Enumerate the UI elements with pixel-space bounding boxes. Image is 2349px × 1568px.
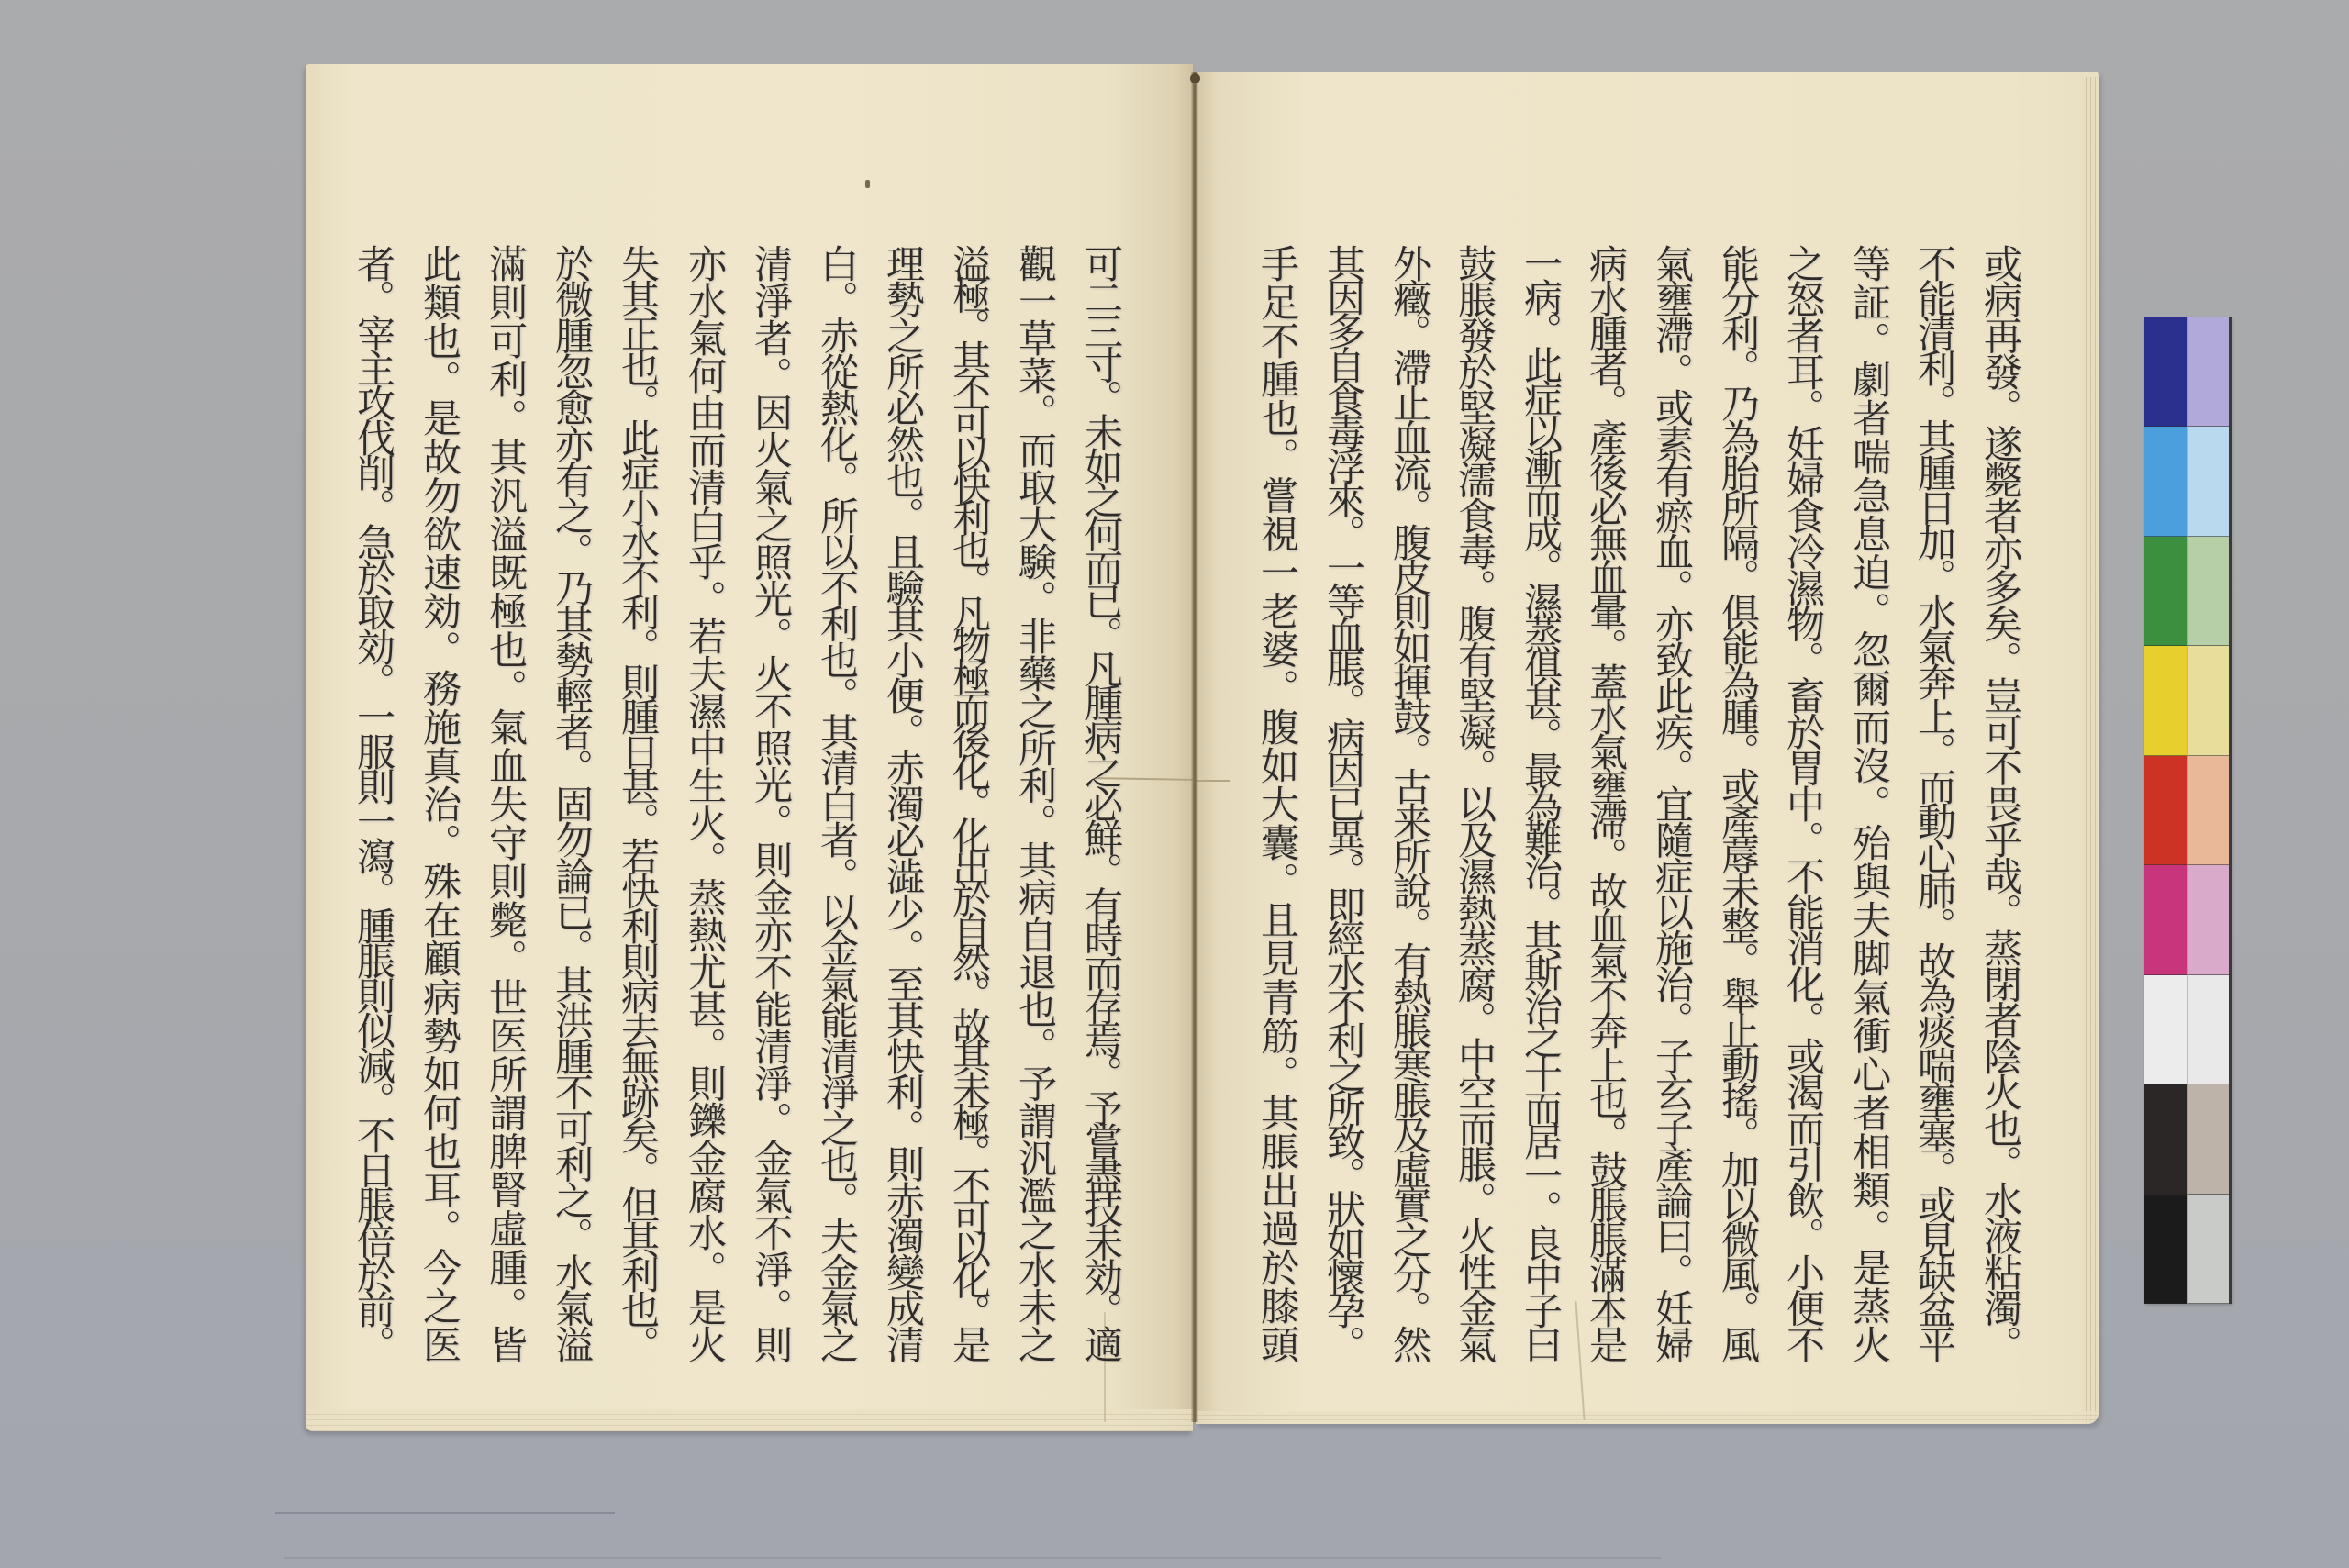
book-spine [1191, 72, 1198, 1422]
text-column: 或病再發。遂斃者亦多矣。豈可不畏乎哉。蒸閉者陰火也。水液粘濁。 [1971, 244, 2030, 1356]
paper-tear [1196, 780, 1230, 782]
text-column: 能分利。乃為胎所隔。俱能為腫。或產蓐未整。舉止動搖。加以微風。風 [1709, 244, 1767, 1356]
text-column: 白。赤從熱化。所以不利也。其清白者。以金氣能清淨之也。夫金氣之 [807, 244, 866, 1356]
color-patch-green [2144, 537, 2187, 646]
right-page: 或病再發。遂斃者亦多矣。豈可不畏乎哉。蒸閉者陰火也。水液粘濁。 不能清利。其腫日… [1196, 72, 2099, 1424]
text-column: 外癥。滯止血流。腹皮則如揮鼓。古来所說。有熱脹寒脹及虛實之分。然 [1380, 244, 1439, 1356]
text-column: 於微腫忽愈亦有之。乃其勢輕者。固勿論已。其洪腫不可利之。水氣溢 [542, 244, 601, 1356]
color-calibration-chart [2144, 317, 2232, 1304]
text-column: 手足不腫也。嘗視一老婆。腹如大囊。且見青筋。其脹出過於膝頭 [1248, 244, 1307, 1356]
color-patch-black [2144, 1084, 2187, 1194]
text-column: 可二三寸。未如之何而已。凡腫病之必鮮。有時而存焉。予嘗盡技未効。適 [1072, 244, 1130, 1356]
page-stack-edge [306, 1409, 1193, 1431]
color-patch-white-2 [2187, 975, 2229, 1084]
binding-hole [1190, 73, 1200, 83]
text-column: 亦水氣何由而清白乎。若夫濕中生火。蒸熱尤甚。則鑠金腐水。是火 [675, 244, 734, 1356]
text-column: 等証。劇者喘急息迫。忽爾而沒。殆與夫脚氣衝心者相類。是蒸火 [1840, 244, 1898, 1356]
color-patch-lavender [2187, 317, 2229, 427]
color-patch-peach [2187, 756, 2229, 865]
color-patch-light-yellow [2187, 646, 2229, 755]
page-stack-edge [2082, 77, 2099, 1424]
color-patch-light-cyan [2187, 427, 2229, 536]
table-edge-line [284, 1557, 1661, 1559]
color-patch-red [2144, 756, 2187, 865]
text-column: 溢極。其不可以快利也。凡物極而後化。化出於自然。故其未極。不可以化。是 [940, 244, 998, 1356]
page-stack-edge [1196, 1411, 2099, 1424]
text-column: 理勢之所必然也。且驗其小便。赤濁必澁少。至其快利。則赤濁變成清 [874, 244, 932, 1356]
text-column: 清淨者。因火氣之照光。火不照光。則金亦不能清淨。金氣不淨。則 [741, 244, 800, 1356]
color-patch-taupe [2187, 1084, 2229, 1194]
color-patch-magenta [2144, 865, 2187, 974]
text-column: 鼓脹發於堅凝濡食毒。腹有堅凝。以及濕熱蒸腐。中空而脹。火性金氣 [1445, 244, 1504, 1356]
left-page: 可二三寸。未如之何而已。凡腫病之必鮮。有時而存焉。予嘗盡技未効。適 觀一草菜。而… [306, 64, 1193, 1431]
color-patch-light-gray [2187, 1195, 2229, 1304]
color-patch-pink [2187, 865, 2229, 974]
text-column: 一病。此症以漸而成。濕蒸俱甚。最為難治。其斯治之十而居一。良中子曰 [1511, 244, 1570, 1356]
text-column: 者。宰主攻伐削。急於取効。一服則一瀉。腫脹則似減。不日脹倍於前。 [344, 244, 403, 1356]
text-column: 之怒者耳。妊婦食冷濕物。畜於胃中。不能消化。或渴而引飲。小便不 [1774, 244, 1832, 1356]
color-patch-cyan [2144, 427, 2187, 536]
color-patch-yellow [2144, 646, 2187, 755]
text-column: 氣壅滯。或素有瘀血。亦致此疾。宜隨症以施治。子玄子產論曰。妊婦 [1642, 244, 1701, 1356]
text-column: 觀一草菜。而取大験。非藥之所利。其病自退也。予謂汎濫之水未之 [1006, 244, 1064, 1356]
text-column: 其因多自食毒浮來。一等血脹。病因已異。即經水不利之所致。狀如懷孕。 [1314, 244, 1373, 1356]
table-edge-line [275, 1512, 615, 1514]
text-column: 不能清利。其腫日加。水氣奔上。而動心肺。故為痰喘壅塞。或見缺盆平 [1905, 244, 1964, 1356]
text-column: 失其正也。此症小水不利。則腫日甚。若快利則病去無跡矣。但其利也。 [608, 244, 667, 1356]
color-patch-black-2 [2144, 1195, 2187, 1304]
color-patch-blue [2144, 317, 2187, 427]
text-column: 病水腫者。產後必無血暈。蓋水氣壅滯。故血氣不奔上也。鼓脹脹滿本是 [1576, 244, 1635, 1356]
text-column: 滿則可利。其汎溢既極也。氣血失守則斃。世医所謂脾腎虛腫。皆 [476, 244, 535, 1356]
color-patch-white [2144, 975, 2187, 1084]
ink-speck [865, 180, 870, 188]
text-column: 此類也。是故勿欲速効。務施真治。殊在顧病勢如何也耳。今之医 [410, 244, 469, 1356]
color-patch-light-green [2187, 537, 2229, 646]
